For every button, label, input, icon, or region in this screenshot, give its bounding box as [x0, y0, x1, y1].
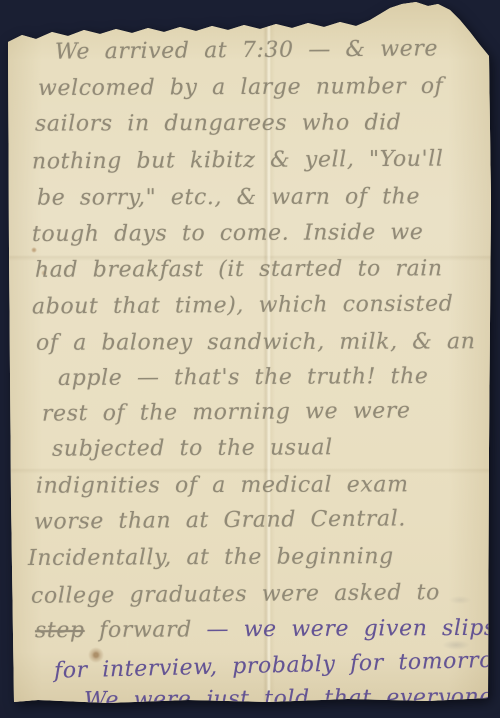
letter-line: sailors in dungarees who did — [35, 108, 402, 139]
letter-text-segment: indignities of a medical exam — [36, 472, 409, 498]
letter-line: of a baloney sandwich, milk, & an — [36, 327, 476, 359]
letter-line: about that time), which consisted — [32, 290, 454, 323]
letter-text-segment: subjected to the usual — [52, 435, 333, 461]
letter-line: worse than at Grand Central. — [34, 504, 406, 537]
letter-text-segment: had breakfast (it started to rain — [35, 256, 443, 282]
letter-line: nothing but kibitz & yell, "You'll — [32, 145, 444, 178]
letter-page: We arrived at 7:30 — & werewelcomed by a… — [8, 0, 492, 707]
letter-line: welcomed by a large number of — [38, 72, 444, 104]
letter-text-segment: — we were given slips — [206, 616, 495, 643]
letter-line: be sorry," etc., & warn of the — [37, 182, 420, 213]
letter-line: We were just told that everyone — [84, 679, 500, 716]
letter-text-segment: We arrived at 7:30 — & were — [55, 36, 438, 64]
letter-line: We arrived at 7:30 — & were — [55, 34, 438, 67]
letter-line: step forward — we were given slips — [35, 614, 496, 646]
letter-text-segment: We were just told that everyone — [84, 685, 493, 714]
letter-text-segment: sailors in dungarees who did — [35, 110, 402, 136]
letter-text-segment: college graduates were asked to — [31, 580, 440, 609]
letter-text-segment: apple — that's the truth! the — [58, 364, 429, 391]
letter-text-segment: worse than at Grand Central. — [34, 506, 406, 534]
letter-text-segment: welcomed by a large number of — [38, 74, 444, 101]
letter-line: tough days to come. Inside we — [32, 218, 424, 250]
letter-line: Incidentally, at the beginning — [28, 542, 394, 574]
letter-line: rest of the morning we were — [42, 396, 411, 429]
letter-text-segment: step — [35, 618, 85, 643]
letter-line: apple — that's the truth! the — [58, 362, 429, 394]
letter-text-segment: nothing but kibitz & yell, "You'll — [32, 147, 444, 175]
letter-text-segment: for interview, probably for tomorrow. — [54, 647, 500, 683]
letter-text-segment: tough days to come. Inside we — [32, 220, 424, 247]
letter-text-segment: Incidentally, at the beginning — [28, 544, 394, 571]
letter-line: subjected to the usual — [52, 433, 333, 464]
scan-background: We arrived at 7:30 — & werewelcomed by a… — [0, 0, 500, 718]
letter-text-segment: about that time), which consisted — [32, 292, 454, 320]
paper-shadow-wrap: We arrived at 7:30 — & werewelcomed by a… — [8, 0, 492, 707]
letter-line: indignities of a medical exam — [36, 470, 409, 501]
letter-text-segment: forward — [85, 617, 207, 643]
letter-text-segment: of a baloney sandwich, milk, & an — [36, 329, 476, 356]
letter-text-segment: be sorry," etc., & warn of the — [37, 184, 420, 210]
letter-line: had breakfast (it started to rain — [35, 254, 443, 285]
letter-text-segment: rest of the morning we were — [42, 398, 411, 426]
letter-line: college graduates were asked to — [31, 578, 440, 612]
